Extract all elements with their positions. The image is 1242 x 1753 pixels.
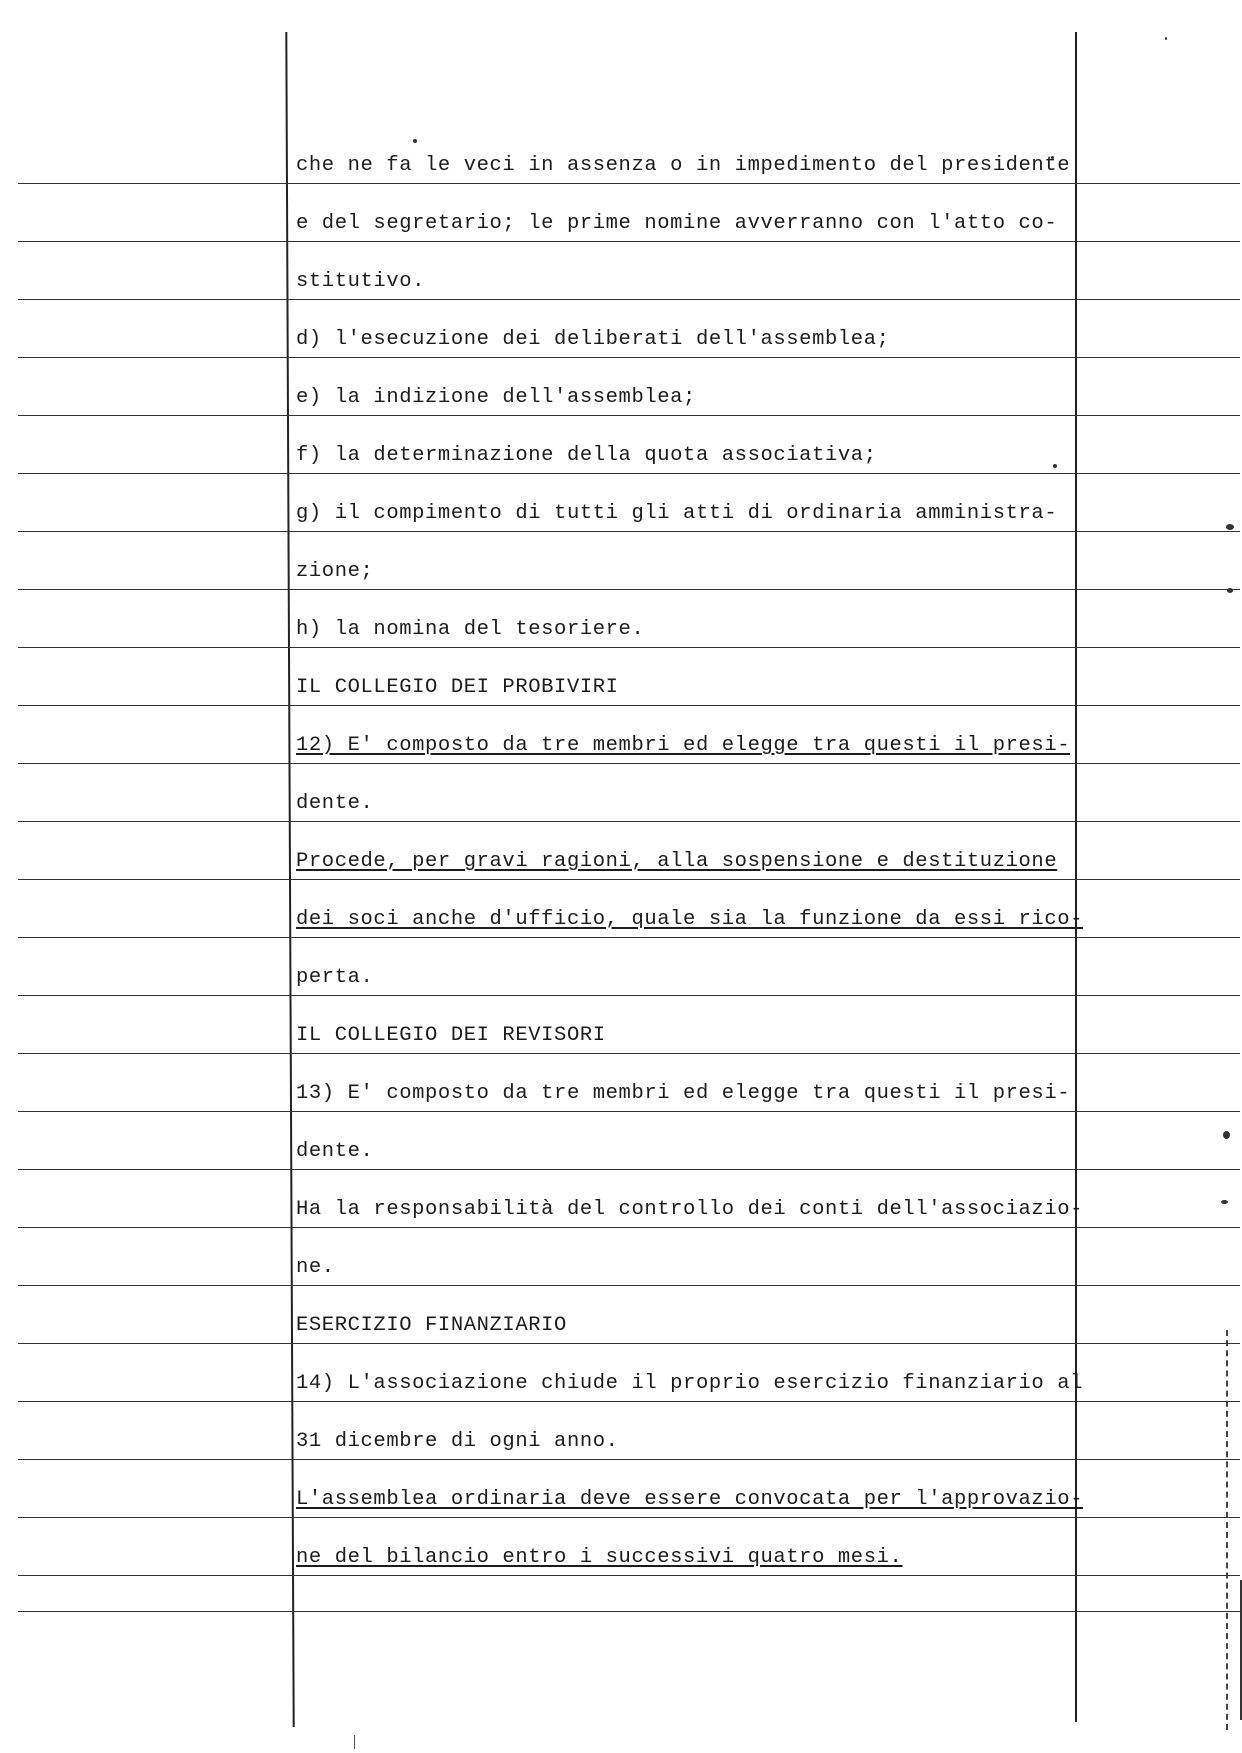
section-heading: IL COLLEGIO DEI REVISORI bbox=[289, 995, 1069, 1053]
text-line: f) la determinazione della quota associa… bbox=[289, 415, 1069, 473]
scan-speck bbox=[1165, 37, 1167, 40]
line-text: f) la determinazione della quota associa… bbox=[296, 444, 877, 467]
page-edge-rule bbox=[1226, 1330, 1228, 1730]
text-line: zione; bbox=[289, 531, 1069, 589]
text-line: 13) E' composto da tre membri ed elegge … bbox=[289, 1053, 1069, 1111]
scan-speck bbox=[1223, 1131, 1230, 1139]
text-line: ne. bbox=[289, 1227, 1069, 1285]
line-text: 14) L'associazione chiude il proprio ese… bbox=[296, 1372, 1083, 1395]
text-line: 31 dicembre di ogni anno. bbox=[289, 1401, 1069, 1459]
bottom-tick bbox=[354, 1735, 355, 1749]
text-line: che ne fa le veci in assenza o in impedi… bbox=[289, 125, 1069, 183]
scan-speck bbox=[1226, 524, 1234, 530]
ruled-line bbox=[18, 1611, 1240, 1612]
right-margin-rule bbox=[1075, 32, 1077, 1722]
line-text: g) il compimento di tutti gli atti di or… bbox=[296, 502, 1057, 525]
heading-text: ESERCIZIO FINANZIARIO bbox=[296, 1314, 567, 1337]
text-line: stitutivo. bbox=[289, 241, 1069, 299]
section-heading: IL COLLEGIO DEI PROBIVIRI bbox=[289, 647, 1069, 705]
text-line: ne del bilancio entro i successivi quatr… bbox=[289, 1517, 1069, 1575]
text-line: Ha la responsabilità del controllo dei c… bbox=[289, 1169, 1069, 1227]
scan-speck bbox=[1051, 156, 1054, 159]
line-text: Ha la responsabilità del controllo dei c… bbox=[296, 1198, 1083, 1221]
section-heading: ESERCIZIO FINANZIARIO bbox=[289, 1285, 1069, 1343]
heading-text: IL COLLEGIO DEI PROBIVIRI bbox=[296, 676, 619, 699]
heading-text: IL COLLEGIO DEI REVISORI bbox=[296, 1024, 606, 1047]
line-text: dei soci anche d'ufficio, quale sia la f… bbox=[296, 908, 1083, 931]
scan-speck bbox=[1221, 1200, 1228, 1204]
text-line: 14) L'associazione chiude il proprio ese… bbox=[289, 1343, 1069, 1401]
line-text: 13) E' composto da tre membri ed elegge … bbox=[296, 1082, 1070, 1105]
scan-speck bbox=[1227, 588, 1233, 593]
line-text: ne del bilancio entro i successivi quatr… bbox=[296, 1546, 902, 1569]
scan-speck bbox=[1053, 464, 1057, 468]
line-text: dente. bbox=[296, 1140, 373, 1163]
text-line: perta. bbox=[289, 937, 1069, 995]
text-line: L'assemblea ordinaria deve essere convoc… bbox=[289, 1459, 1069, 1517]
line-text: e del segretario; le prime nomine avverr… bbox=[296, 212, 1057, 235]
line-text: h) la nomina del tesoriere. bbox=[296, 618, 644, 641]
line-text: 31 dicembre di ogni anno. bbox=[296, 1430, 619, 1453]
line-text: stitutivo. bbox=[296, 270, 425, 293]
text-line: e) la indizione dell'assemblea; bbox=[289, 357, 1069, 415]
text-line: 12) E' composto da tre membri ed elegge … bbox=[289, 705, 1069, 763]
line-text: L'assemblea ordinaria deve essere convoc… bbox=[296, 1488, 1083, 1511]
line-text: zione; bbox=[296, 560, 373, 583]
text-line: dente. bbox=[289, 1111, 1069, 1169]
text-line: d) l'esecuzione dei deliberati dell'asse… bbox=[289, 299, 1069, 357]
line-text: che ne fa le veci in assenza o in impedi… bbox=[296, 154, 1070, 177]
text-line: Procede, per gravi ragioni, alla sospens… bbox=[289, 821, 1069, 879]
ruled-line bbox=[18, 1575, 1240, 1576]
line-text: e) la indizione dell'assemblea; bbox=[296, 386, 696, 409]
text-line: h) la nomina del tesoriere. bbox=[289, 589, 1069, 647]
line-text: dente. bbox=[296, 792, 373, 815]
scanned-document-page: che ne fa le veci in assenza o in impedi… bbox=[0, 0, 1242, 1753]
text-line: g) il compimento di tutti gli atti di or… bbox=[289, 473, 1069, 531]
line-text: d) l'esecuzione dei deliberati dell'asse… bbox=[296, 328, 890, 351]
text-line: dente. bbox=[289, 763, 1069, 821]
scan-speck bbox=[413, 139, 417, 143]
line-text: ne. bbox=[296, 1256, 335, 1279]
text-line: dei soci anche d'ufficio, quale sia la f… bbox=[289, 879, 1069, 937]
line-text: perta. bbox=[296, 966, 373, 989]
line-text: Procede, per gravi ragioni, alla sospens… bbox=[296, 850, 1057, 873]
line-text: 12) E' composto da tre membri ed elegge … bbox=[296, 734, 1070, 757]
text-line: e del segretario; le prime nomine avverr… bbox=[289, 183, 1069, 241]
